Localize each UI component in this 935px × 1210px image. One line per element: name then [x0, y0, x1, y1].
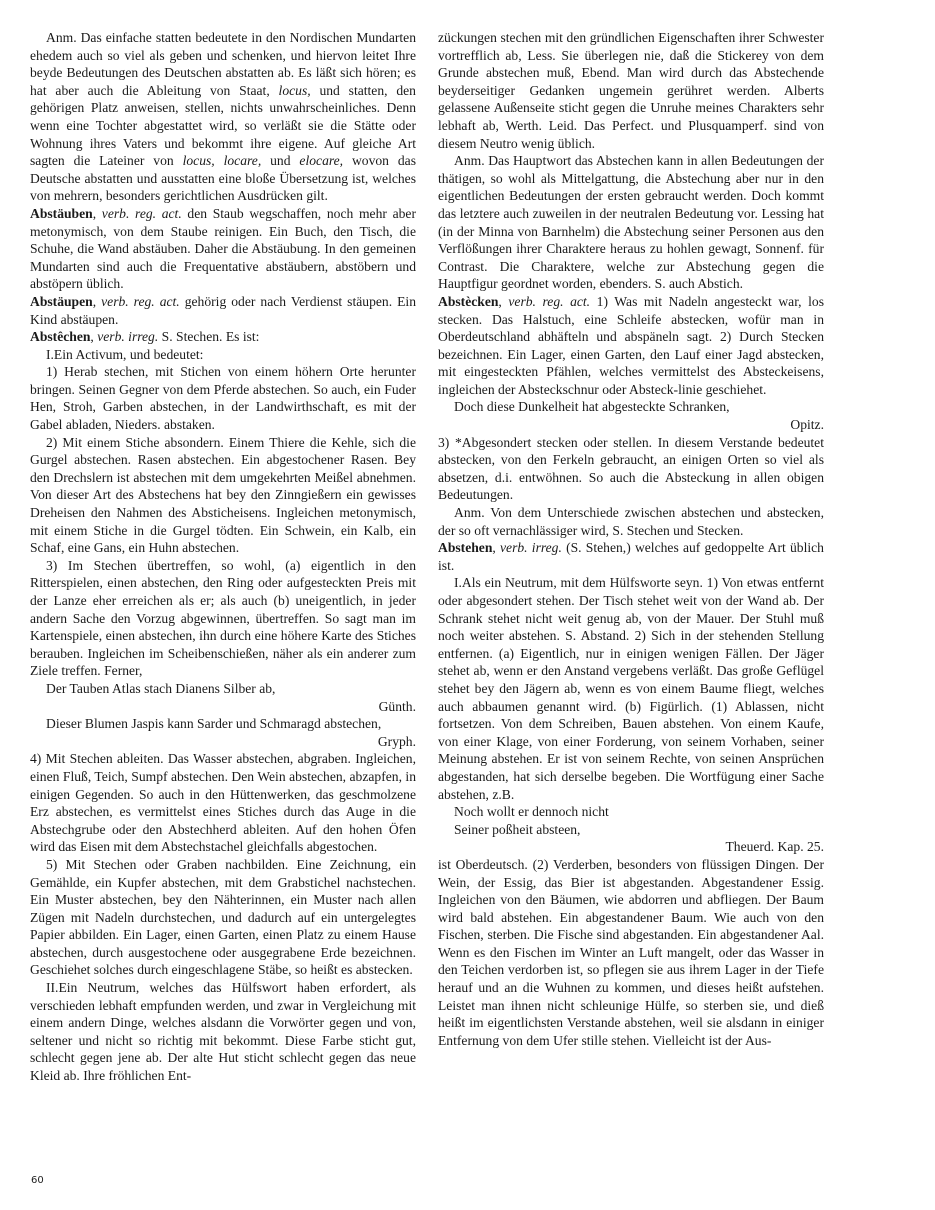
- left-column: Anm. Das einfache statten bedeutete in d…: [30, 29, 416, 1085]
- entry-abstehen: Abstehen, verb. irreg. (S. Stehen,) welc…: [438, 539, 824, 574]
- grammar-label: verb. reg. act.: [101, 294, 180, 309]
- entry-headword: Abstehen: [438, 540, 492, 555]
- latin-term: elocare,: [299, 153, 343, 168]
- entry-headword: Abstäupen: [30, 294, 93, 309]
- page-number: 60: [31, 1175, 44, 1186]
- sense-paragraph: 3) *Abgesondert stecken oder stellen. In…: [438, 434, 824, 504]
- entry-abstaeupen: Abstäupen, verb. reg. act. gehörig oder …: [30, 293, 416, 328]
- sense-heading: I.Ein Activum, und bedeutet:: [30, 346, 416, 364]
- grammar-label: verb. reg. act.: [508, 294, 590, 309]
- continued-paragraph: zückungen stechen mit den gründlichen Ei…: [438, 29, 824, 152]
- entry-headword: Abstècken: [438, 294, 498, 309]
- entry-abstecken: Abstècken, verb. reg. act. 1) Was mit Na…: [438, 293, 824, 399]
- sense-paragraph: ist Oberdeutsch. (2) Verderben, besonder…: [438, 856, 824, 1050]
- grammar-label: verb. reg. act.: [102, 206, 182, 221]
- sense-paragraph: 3) Im Stechen übertreffen, so wohl, (a) …: [30, 557, 416, 680]
- quotation-verse: Doch diese Dunkelheit hat abgesteckte Sc…: [438, 398, 824, 416]
- grammar-label: verb. irreg.: [500, 540, 562, 555]
- entry-abstaeuben: Abstäuben, verb. reg. act. den Staub weg…: [30, 205, 416, 293]
- sense-paragraph: 2) Mit einem Stiche absondern. Einem Thi…: [30, 434, 416, 557]
- annotation-paragraph: Anm. Das Hauptwort das Abstechen kann in…: [438, 152, 824, 293]
- latin-term: locus,: [279, 83, 311, 98]
- right-column: zückungen stechen mit den gründlichen Ei…: [438, 29, 824, 1049]
- entry-abstechen: Abstêchen, verb. irreg. S. Stechen. Es i…: [30, 328, 416, 346]
- quotation-verse: Der Tauben Atlas stach Dianens Silber ab…: [30, 680, 416, 698]
- quotation-source: Günth.: [30, 698, 416, 716]
- grammar-label: verb. irreg.: [97, 329, 158, 344]
- entry-headword: Abstäuben: [30, 206, 93, 221]
- quotation-verse: Noch wollt er dennoch nicht: [438, 803, 824, 821]
- quotation-source: Opitz.: [438, 416, 824, 434]
- annotation-paragraph: Anm. Von dem Unterschiede zwischen abste…: [438, 504, 824, 539]
- annotation-paragraph: Anm. Das einfache statten bedeutete in d…: [30, 29, 416, 205]
- quotation-source: Theuerd. Kap. 25.: [438, 838, 824, 856]
- sense-paragraph: 4) Mit Stechen ableiten. Das Wasser abst…: [30, 750, 416, 856]
- sense-paragraph: 5) Mit Stechen oder Graben nachbilden. E…: [30, 856, 416, 979]
- sense-paragraph: I.Als ein Neutrum, mit dem Hülfsworte se…: [438, 574, 824, 803]
- quotation-verse: Dieser Blumen Jaspis kann Sarder und Sch…: [30, 715, 416, 733]
- sense-paragraph: 1) Herab stechen, mit Stichen von einem …: [30, 363, 416, 433]
- quotation-verse: Seiner poßheit absteen,: [438, 821, 824, 839]
- latin-term: locus, locare,: [183, 153, 262, 168]
- entry-headword: Abstêchen: [30, 329, 90, 344]
- sense-paragraph: II.Ein Neutrum, welches das Hülfswort ha…: [30, 979, 416, 1085]
- dictionary-page: Anm. Das einfache statten bedeutete in d…: [30, 29, 826, 1179]
- quotation-source: Gryph.: [30, 733, 416, 751]
